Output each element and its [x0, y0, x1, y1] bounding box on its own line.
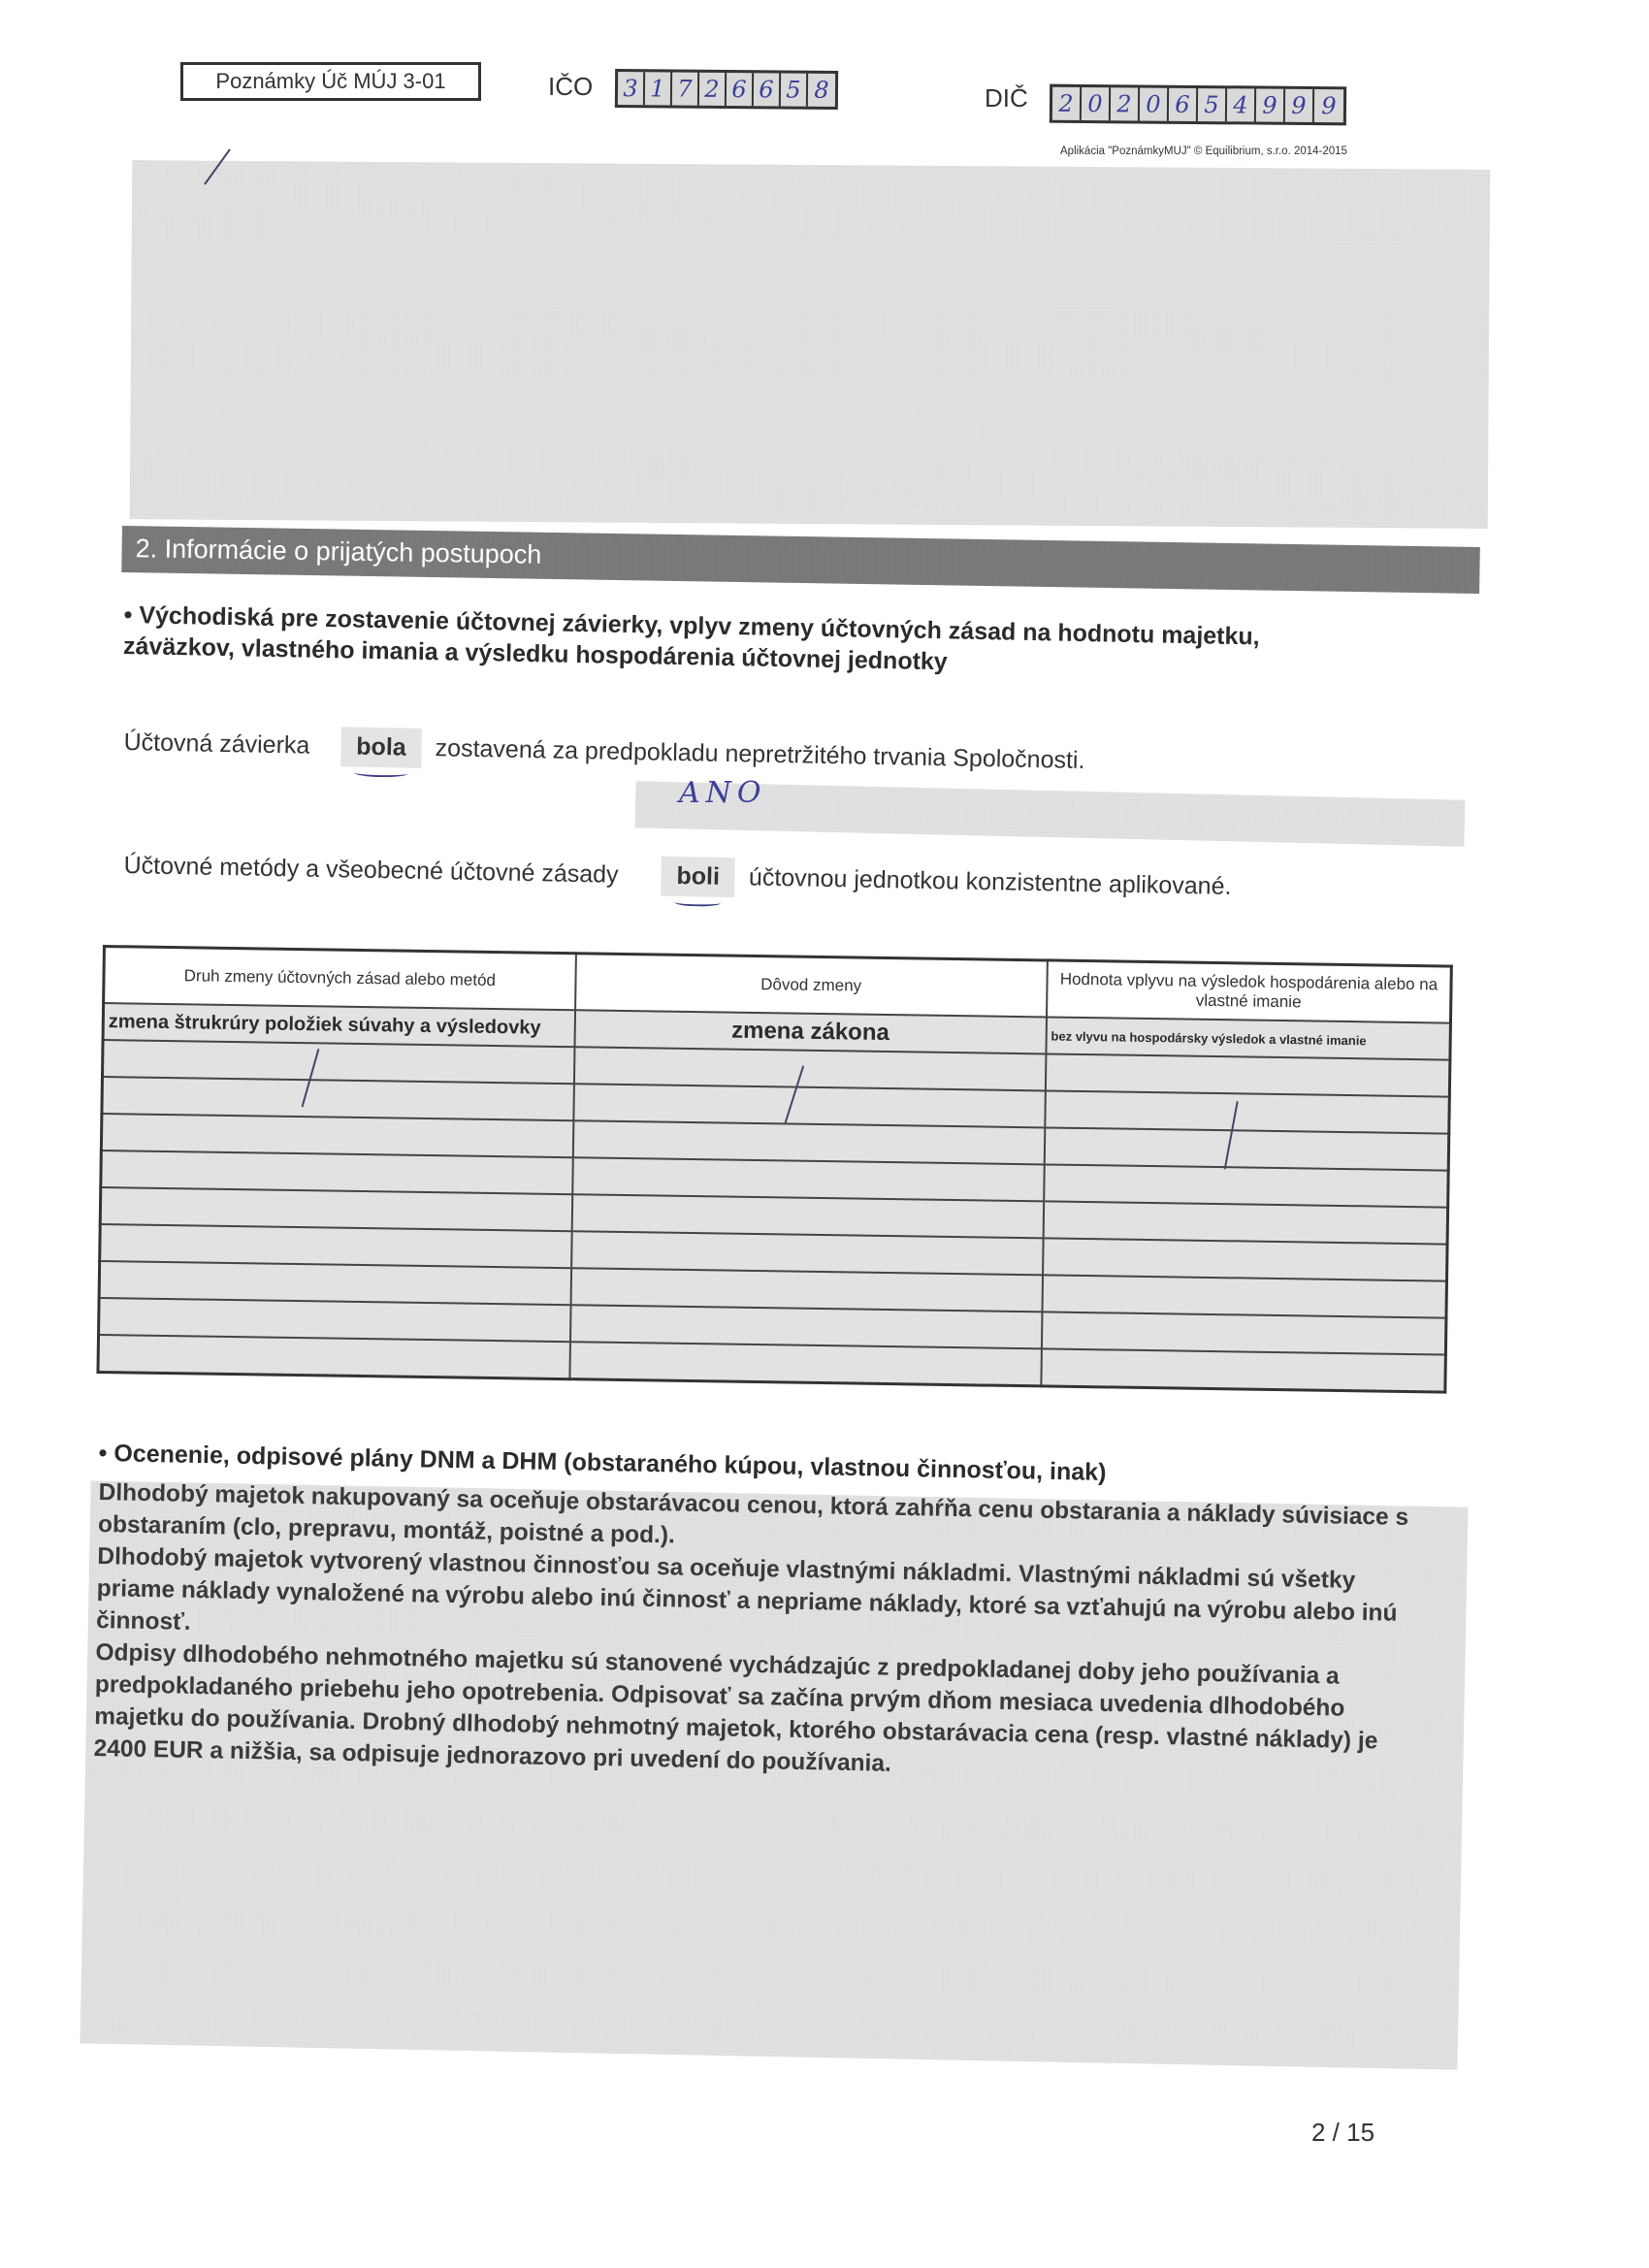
consistency-value-field[interactable]: boli — [661, 857, 735, 897]
document-page: Poznámky Úč MÚJ 3-01 IČO 31726658 DIČ 20… — [0, 0, 1649, 2268]
ico-field: 31726658 — [615, 69, 838, 110]
ico-digit-box[interactable]: 1 — [645, 72, 672, 105]
impact-cell[interactable] — [1042, 1275, 1446, 1317]
dic-digit-box[interactable]: 2 — [1052, 87, 1082, 120]
handwritten-slash-mark — [779, 1061, 809, 1129]
ico-digit-box[interactable]: 2 — [699, 73, 727, 106]
app-copyright: Aplikácia "PoznámkyMUJ" © Equilibrium, s… — [1060, 146, 1347, 157]
consistency-value: boli — [676, 862, 720, 891]
dic-digit-box[interactable]: 9 — [1314, 89, 1343, 122]
basis-heading: • Východiská pre zostavenie účtovnej záv… — [123, 599, 1337, 685]
column-header-change-type: Druh zmeny účtovných zásad alebo metód — [104, 947, 576, 1011]
consistency-sentence: Účtovné metódy a všeobecné účtovné zásad… — [123, 846, 1232, 907]
dic-label: DIČ — [985, 83, 1028, 113]
valuation-paragraph: Odpisy dlhodobého nehmotného majetku sú … — [93, 1636, 1434, 1790]
ico-digit-box[interactable]: 7 — [672, 73, 699, 106]
dic-digit-box[interactable]: 5 — [1198, 88, 1227, 121]
reason-cell[interactable] — [569, 1342, 1042, 1386]
page-number: 2 / 15 — [1311, 2118, 1374, 2148]
going-concern-value: bola — [356, 733, 406, 761]
handwritten-slash-mark — [294, 1045, 324, 1113]
ico-digit-box[interactable]: 8 — [808, 74, 835, 107]
form-id-box: Poznámky Úč MÚJ 3-01 — [180, 62, 481, 101]
impact-cell[interactable] — [1044, 1164, 1448, 1207]
handwritten-underline — [354, 769, 408, 778]
going-concern-value-field[interactable]: bola — [340, 727, 422, 768]
handwritten-slash-mark — [1215, 1097, 1245, 1175]
dic-digit-box[interactable]: 6 — [1169, 88, 1198, 121]
accounting-changes-table: Druh zmeny účtovných zásad alebo metód D… — [96, 945, 1452, 1394]
change-type-cell[interactable] — [98, 1335, 570, 1379]
going-concern-prefix: Účtovná závierka — [123, 729, 309, 761]
dic-digit-box[interactable]: 9 — [1256, 89, 1285, 122]
impact-cell[interactable] — [1046, 1053, 1450, 1096]
dic-digit-box[interactable]: 4 — [1227, 88, 1256, 121]
blank-section-area — [130, 160, 1491, 529]
ico-digit-box[interactable]: 6 — [754, 73, 781, 106]
ico-label: IČO — [548, 72, 593, 102]
dic-digit-box[interactable]: 0 — [1082, 87, 1111, 120]
impact-cell[interactable]: bez vlyvu na hospodársky výsledok a vlas… — [1046, 1017, 1450, 1059]
impact-cell[interactable] — [1042, 1312, 1446, 1354]
valuation-body: Dlhodobý majetok nakupovaný sa oceňuje o… — [93, 1476, 1437, 1790]
dic-digit-box[interactable]: 0 — [1140, 87, 1169, 120]
dic-digit-box[interactable]: 9 — [1285, 89, 1314, 122]
handwritten-note: ANO — [679, 776, 767, 810]
ico-digit-box[interactable]: 3 — [618, 72, 645, 105]
consistency-prefix: Účtovné metódy a všeobecné účtovné zásad… — [123, 852, 618, 890]
impact-cell[interactable] — [1045, 1127, 1449, 1170]
handwritten-slash-mark — [199, 146, 238, 189]
ico-digit-box[interactable]: 6 — [727, 73, 754, 106]
ico-digit-box[interactable]: 5 — [781, 73, 808, 106]
handwritten-underline — [674, 898, 722, 907]
impact-cell[interactable] — [1043, 1238, 1447, 1280]
going-concern-sentence: Účtovná závierka bola zostavená za predp… — [123, 723, 1085, 781]
column-header-reason: Dôvod zmeny — [575, 954, 1048, 1018]
consistency-suffix: účtovnou jednotkou konzistentne aplikova… — [749, 863, 1232, 901]
section-title: 2. Informácie o prijatých postupoch — [135, 534, 541, 570]
dic-digit-box[interactable]: 2 — [1111, 87, 1140, 120]
impact-cell[interactable] — [1045, 1090, 1449, 1133]
impact-cell[interactable] — [1043, 1201, 1447, 1244]
dic-field: 2020654999 — [1050, 84, 1346, 126]
going-concern-suffix: zostavená za predpokladu nepretržitého t… — [435, 734, 1084, 775]
column-header-impact: Hodnota vplyvu na výsledok hospodárenia … — [1047, 960, 1452, 1023]
section-header-bar: 2. Informácie o prijatých postupoch — [121, 526, 1480, 594]
impact-cell[interactable] — [1041, 1348, 1445, 1392]
